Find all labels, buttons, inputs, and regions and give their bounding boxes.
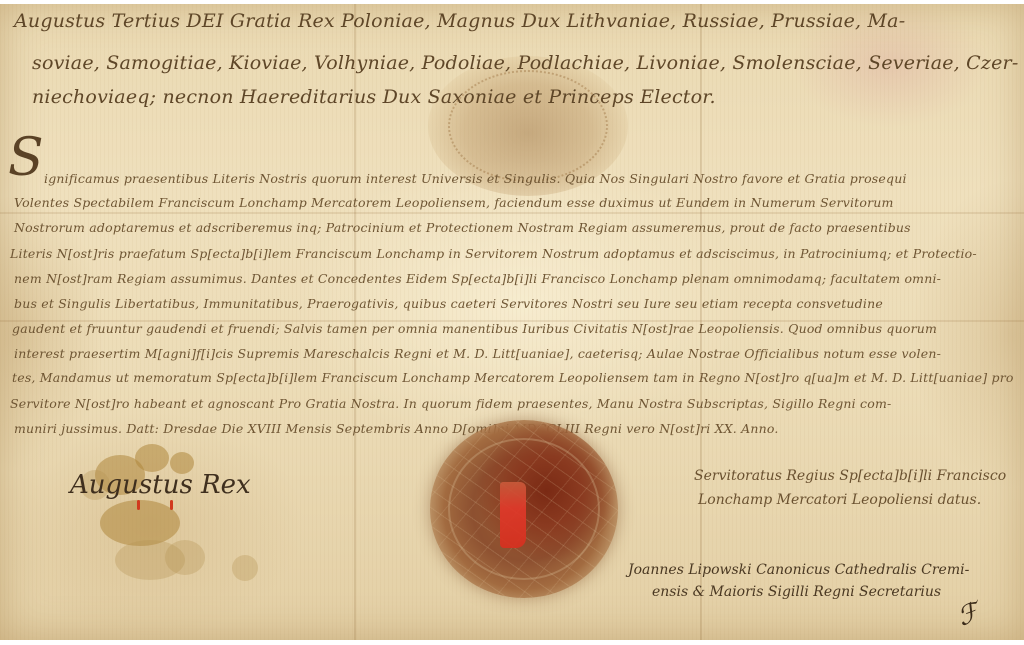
stain bbox=[135, 444, 169, 472]
body-line: Volentes Spectabilem Franciscum Lonchamp… bbox=[14, 195, 894, 210]
stain bbox=[232, 555, 258, 581]
body-line: interest praesertim M[agni]f[i]cis Supre… bbox=[14, 346, 941, 361]
body-line: Servitore N[ost]ro habeant et agnoscant … bbox=[10, 396, 891, 411]
endorsement-line: Servitoratus Regius Sp[ecta]b[i]li Franc… bbox=[694, 468, 1006, 484]
intitulatio-line: Augustus Tertius DEI Gratia Rex Poloniae… bbox=[14, 10, 905, 32]
body-line: Nostrorum adoptaremus et adscriberemus i… bbox=[14, 220, 911, 235]
intitulatio-line: niechoviaeq; necnon Haereditarius Dux Sa… bbox=[32, 86, 716, 108]
wax-seal-red-fragment bbox=[500, 482, 526, 548]
red-ink-mark bbox=[137, 500, 140, 510]
stain bbox=[100, 500, 180, 546]
secretary-signature-line: Joannes Lipowski Canonicus Cathedralis C… bbox=[628, 562, 969, 578]
body-line: nem N[ost]ram Regiam assumimus. Dantes e… bbox=[14, 271, 941, 286]
body-line: muniri jussimus. Datt: Dresdae Die XVIII… bbox=[14, 421, 779, 436]
body-line: ignificamus praesentibus Literis Nostris… bbox=[44, 171, 907, 186]
body-line: tes, Mandamus ut memoratum Sp[ecta]b[i]l… bbox=[12, 370, 1014, 385]
body-line: bus et Singulis Libertatibus, Immunitati… bbox=[14, 296, 883, 311]
red-ink-mark bbox=[170, 500, 173, 510]
royal-signature: Augustus Rex bbox=[70, 470, 251, 500]
stain bbox=[165, 540, 205, 575]
body-line: Literis N[ost]ris praefatum Sp[ecta]b[i]… bbox=[10, 246, 977, 261]
intitulatio-line: soviae, Samogitiae, Kioviae, Volhyniae, … bbox=[32, 52, 1018, 74]
body-line: gaudent et fruuntur gaudendi et fruendi;… bbox=[12, 321, 937, 336]
secretary-signature-line: ensis & Maioris Sigilli Regni Secretariu… bbox=[652, 584, 941, 600]
decorated-initial: S bbox=[8, 132, 44, 184]
fold-crease bbox=[0, 212, 1024, 214]
endorsement-line: Lonchamp Mercatori Leopoliensi datus. bbox=[698, 492, 981, 508]
